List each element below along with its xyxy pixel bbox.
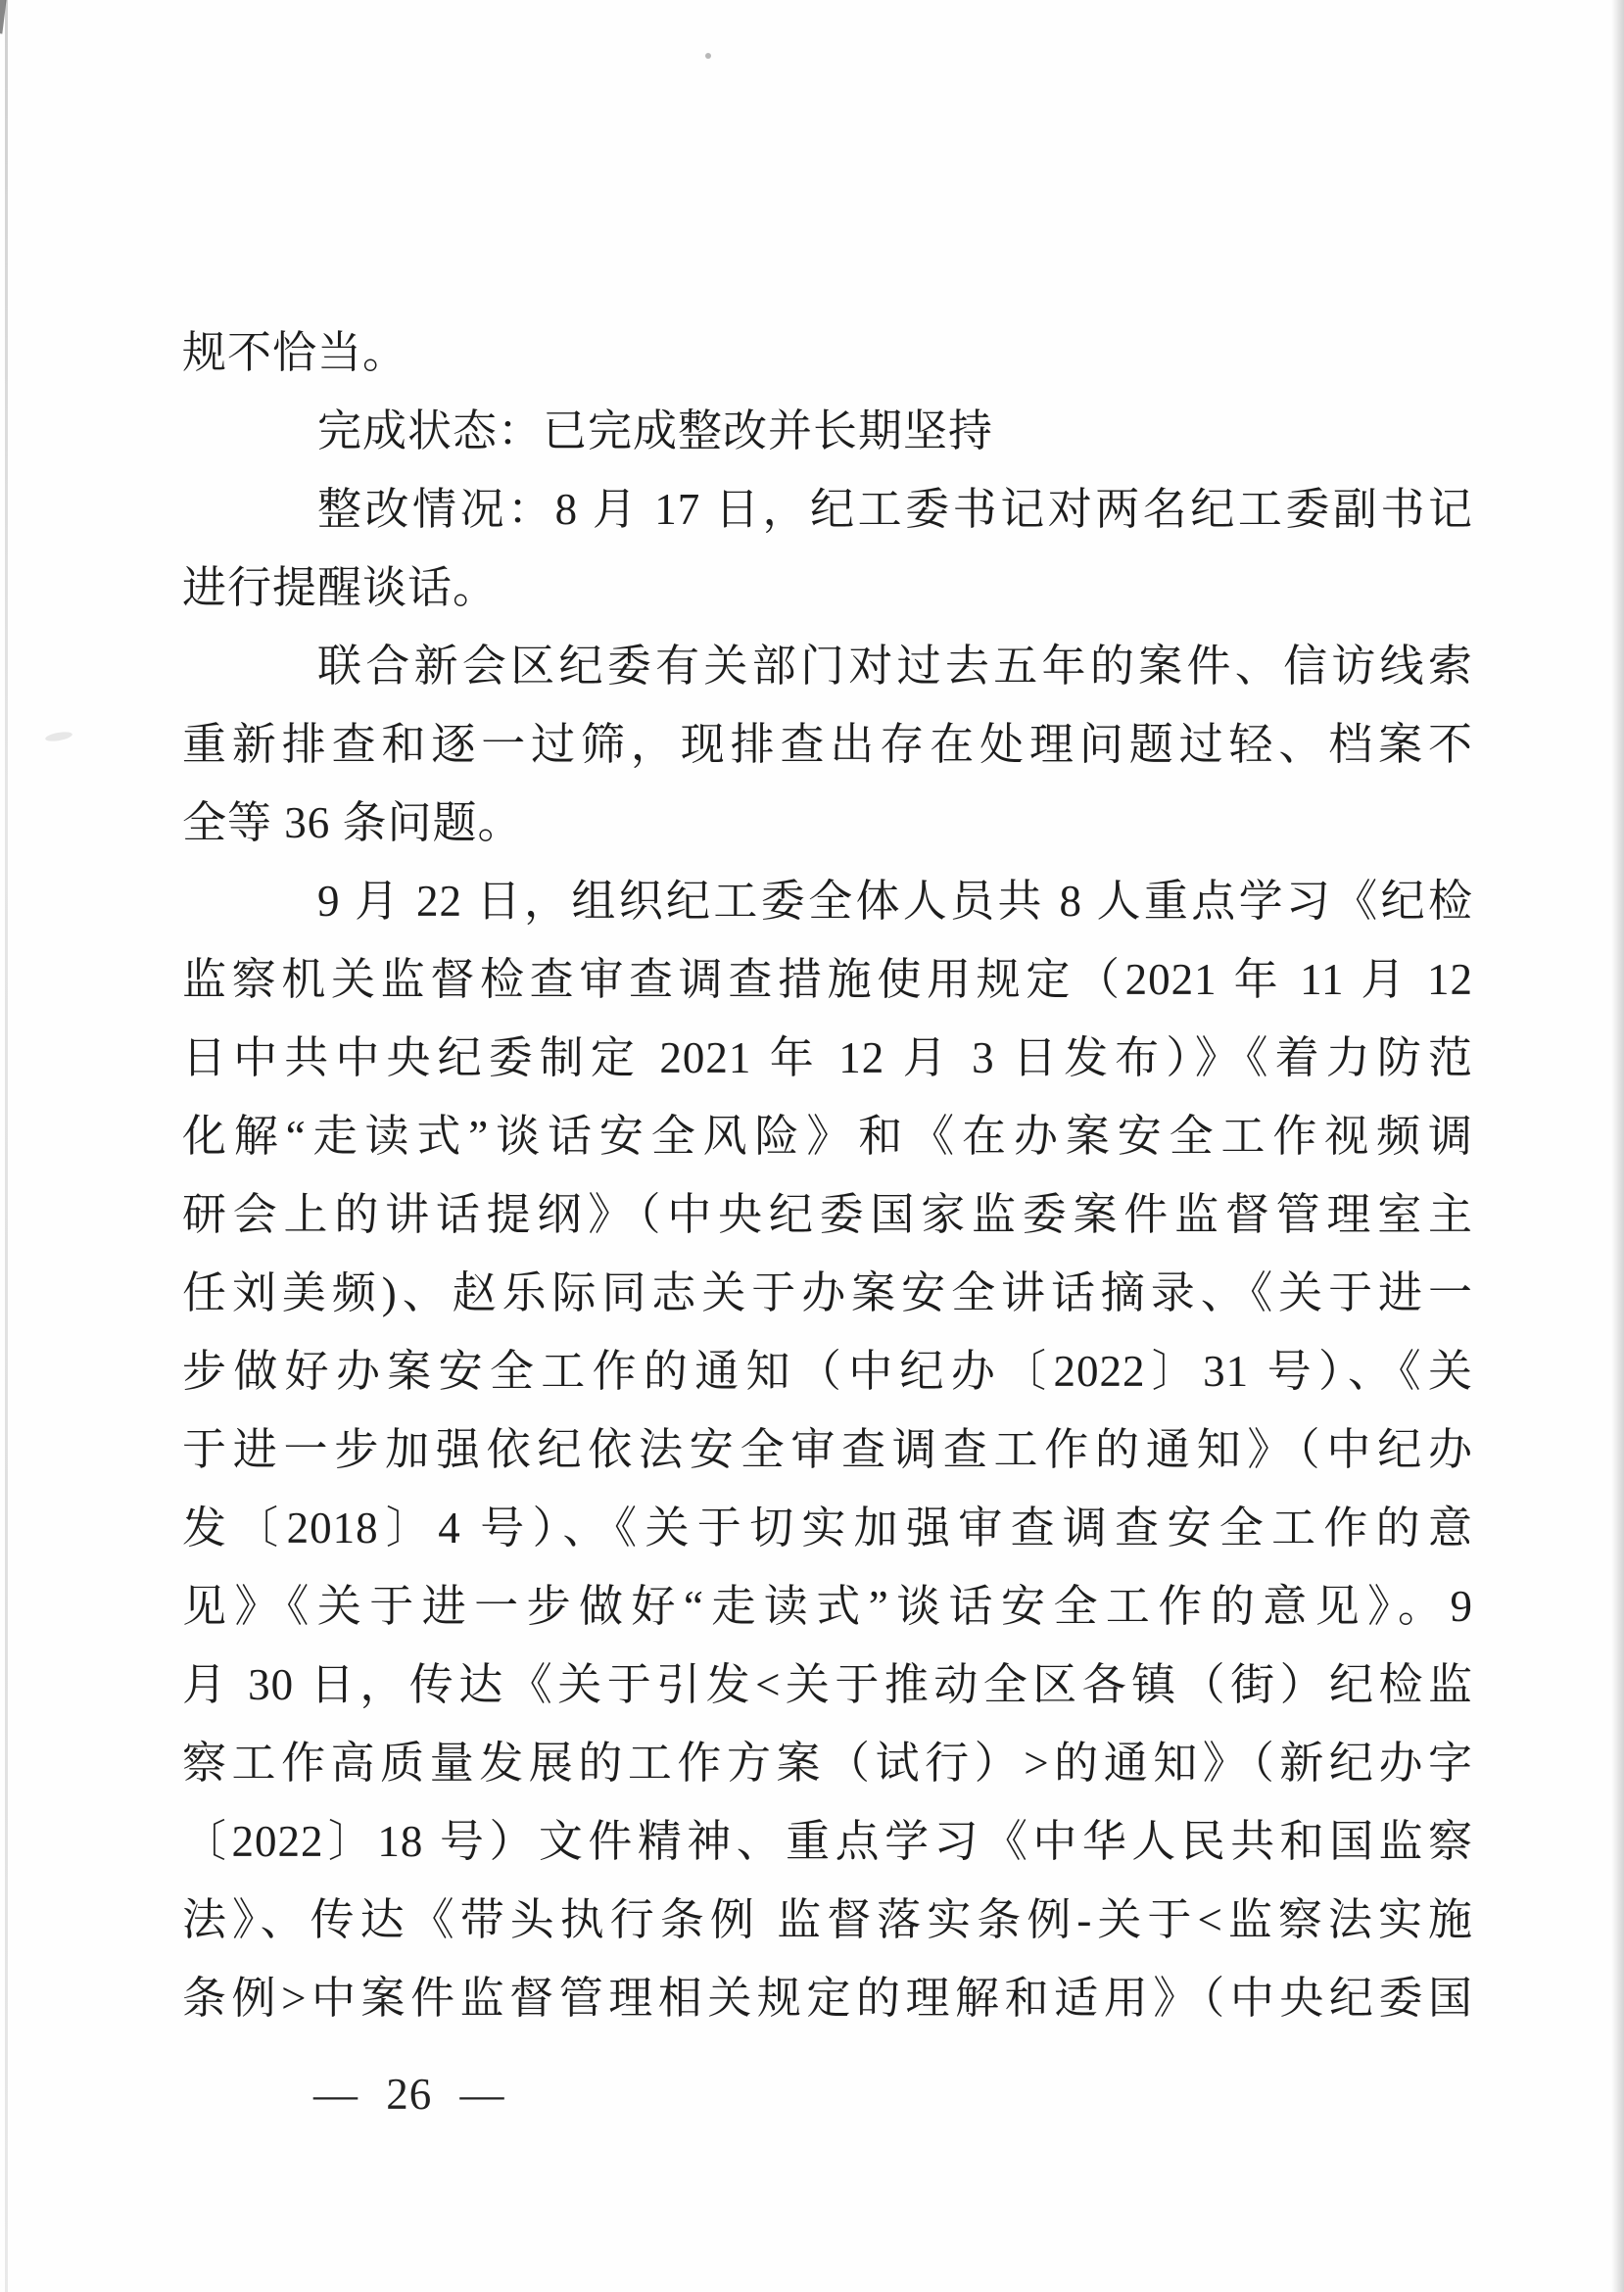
text-line: 进行提醒谈话。 <box>182 549 1473 627</box>
scan-artifact-speck <box>705 53 711 59</box>
text-line: 整改情况：8 月 17 日，纪工委书记对两名纪工委副书记 <box>182 470 1473 549</box>
text-line: 全等 36 条问题。 <box>182 784 1473 862</box>
text-line: 步做好办案安全工作的通知（中纪办〔2022〕31 号）、《关 <box>182 1332 1473 1410</box>
text-line: 日中共中央纪委制定 2021 年 12 月 3 日发布）》《着力防范 <box>182 1019 1473 1097</box>
scanned-document-page: 规不恰当。 完成状态：已完成整改并长期坚持 整改情况：8 月 17 日，纪工委书… <box>0 0 1624 2292</box>
text-line: 研会上的讲话提纲》（中央纪委国家监委案件监督管理室主 <box>182 1175 1473 1254</box>
scan-artifact-smudge <box>45 731 73 743</box>
text-line: 规不恰当。 <box>182 313 1473 392</box>
text-line: 完成状态：已完成整改并长期坚持 <box>182 392 1473 470</box>
text-line: 于进一步加强依纪依法安全审查调查工作的通知》（中纪办 <box>182 1410 1473 1489</box>
text-line: 条例>中案件监督管理相关规定的理解和适用》（中央纪委国 <box>182 1959 1473 2037</box>
text-line: 重新排查和逐一过筛，现排查出存在处理问题过轻、档案不 <box>182 705 1473 784</box>
text-line: 化解“走读式”谈话安全风险》和《在办案安全工作视频调 <box>182 1097 1473 1175</box>
scan-artifact-right-edge-shadow <box>1611 0 1624 2292</box>
page-number: — 26 — <box>313 2055 505 2133</box>
text-line: 月 30 日，传达《关于引发<关于推动全区各镇（街）纪检监 <box>182 1646 1473 1724</box>
text-line: 法》、传达《带头执行条例 监督落实条例-关于<监察法实施 <box>182 1881 1473 1959</box>
text-line: 监察机关监督检查审查调查措施使用规定（2021 年 11 月 12 <box>182 940 1473 1019</box>
text-line: 发〔2018〕4 号）、《关于切实加强审查调查安全工作的意 <box>182 1489 1473 1567</box>
text-line: 联合新会区纪委有关部门对过去五年的案件、信访线索 <box>182 627 1473 705</box>
scan-artifact-left-edge-line <box>5 0 8 2292</box>
document-body: 规不恰当。 完成状态：已完成整改并长期坚持 整改情况：8 月 17 日，纪工委书… <box>182 313 1473 2037</box>
text-line: 见》《关于进一步做好“走读式”谈话安全工作的意见》。9 <box>182 1567 1473 1646</box>
text-line: 任刘美频)、赵乐际同志关于办案安全讲话摘录、《关于进一 <box>182 1254 1473 1332</box>
text-line: 察工作高质量发展的工作方案（试行）>的通知》（新纪办字 <box>182 1724 1473 1802</box>
text-line: 9 月 22 日，组织纪工委全体人员共 8 人重点学习《纪检 <box>182 862 1473 940</box>
text-line: 〔2022〕18 号）文件精神、重点学习《中华人民共和国监察 <box>182 1802 1473 1881</box>
